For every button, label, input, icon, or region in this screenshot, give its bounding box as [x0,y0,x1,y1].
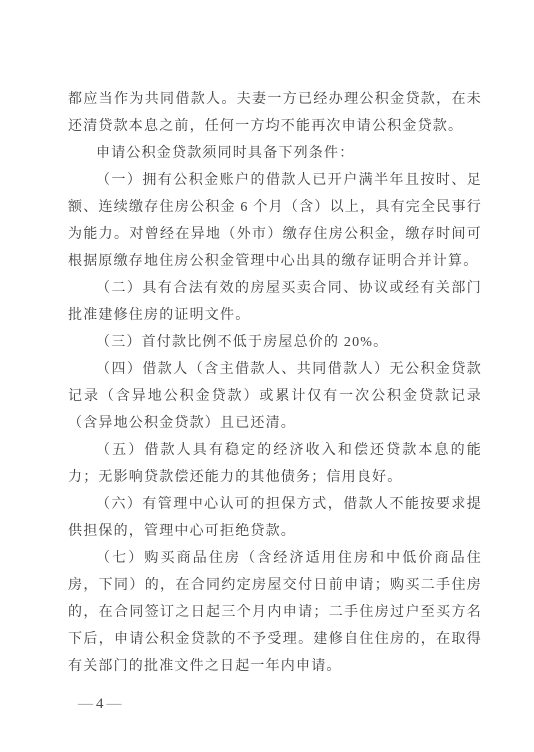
paragraph-intro-continuation: 都应当作为共同借款人。夫妻一方已经办理公积金贷款，在未还清贷款本息之前，任何一方… [68,86,482,140]
footer-dash-right: — [105,696,125,712]
footer-dash-left: — [76,696,96,712]
paragraph-condition-7: （七）购买商品住房（含经济适用住房和中低价商品住房，下同）的，在合同约定房屋交付… [68,545,482,680]
paragraph-condition-6: （六）有管理中心认可的担保方式，借款人不能按要求提供担保的，管理中心可拒绝贷款。 [68,491,482,545]
page-footer: —4— [76,696,125,713]
paragraph-condition-4: （四）借款人（含主借款人、共同借款人）无公积金贷款记录（含异地公积金贷款）或累计… [68,356,482,437]
paragraph-condition-5: （五）借款人具有稳定的经济收入和偿还贷款本息的能力；无影响贷款偿还能力的其他债务… [68,437,482,491]
paragraph-condition-3: （三）首付款比例不低于房屋总价的 20%。 [68,329,482,356]
document-page: 都应当作为共同借款人。夫妻一方已经办理公积金贷款，在未还清贷款本息之前，任何一方… [0,0,534,752]
document-body: 都应当作为共同借款人。夫妻一方已经办理公积金贷款，在未还清贷款本息之前，任何一方… [68,86,482,680]
paragraph-condition-2: （二）具有合法有效的房屋买卖合同、协议或经有关部门批准建修住房的证明文件。 [68,275,482,329]
paragraph-conditions-lead: 申请公积金贷款须同时具备下列条件： [68,140,482,167]
paragraph-condition-1: （一）拥有公积金账户的借款人已开户满半年且按时、足额、连续缴存住房公积金 6 个… [68,167,482,275]
page-number: 4 [96,696,105,712]
